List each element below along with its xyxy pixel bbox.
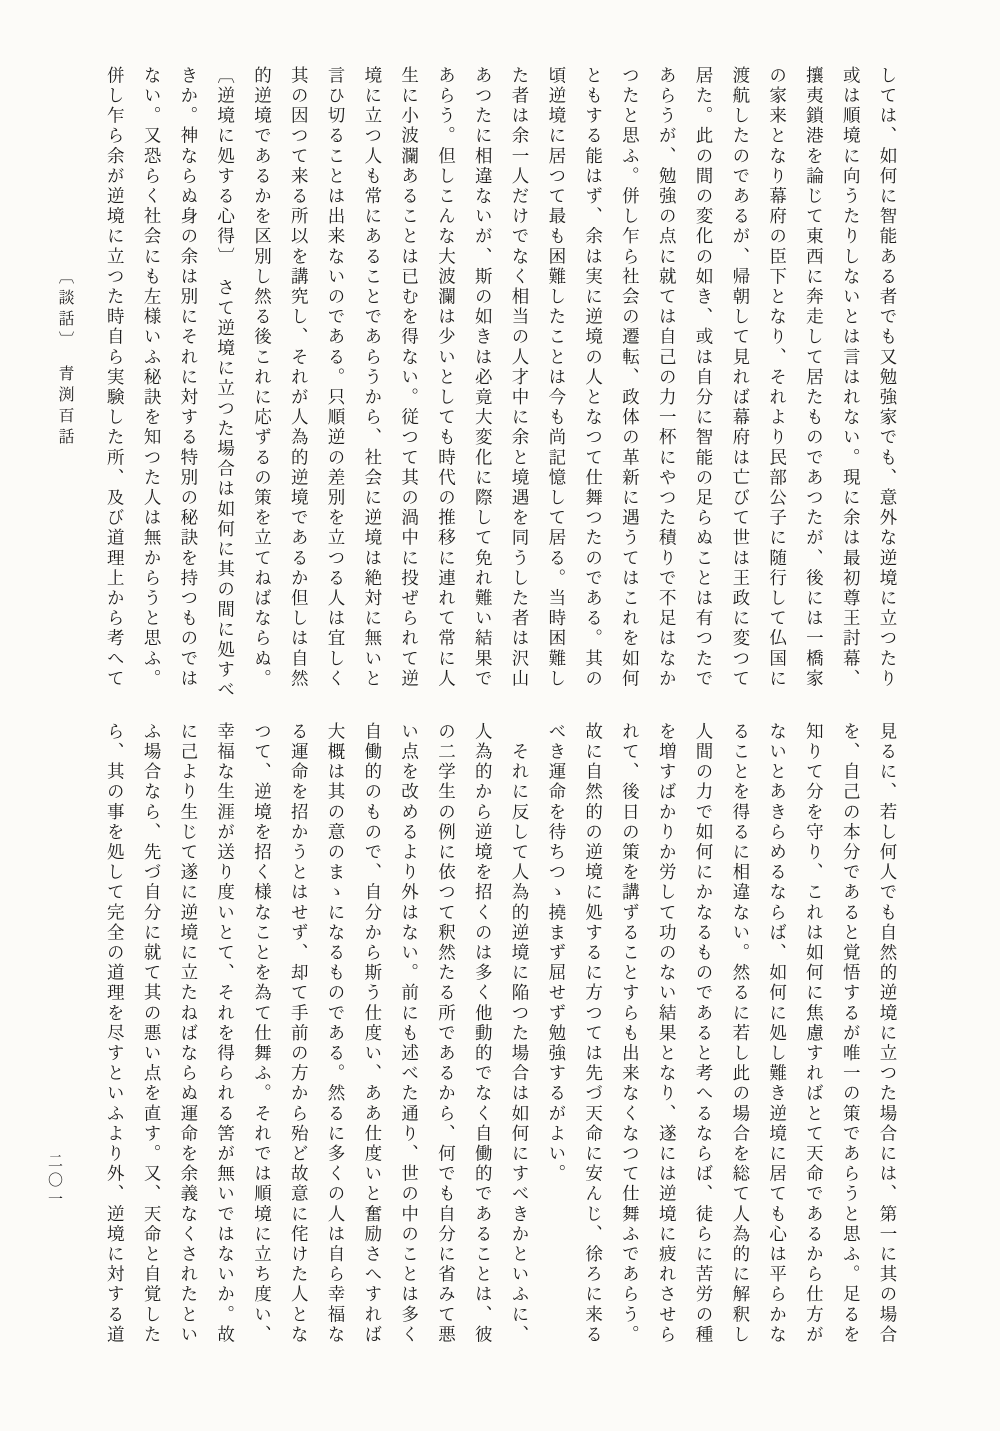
text-column: 併し乍ら余が逆境に立つた時自ら実験した所、及び道理上から考へて <box>95 66 132 698</box>
text-column: れて、後日の策を講ずることすらも出来なくなつて仕舞ふであらう。 <box>611 722 648 1354</box>
text-column: の二学生の例に依つて釈然たる所であるから、何でも自分に省みて悪 <box>427 722 464 1354</box>
text-column: 言ひ切ることは出来ないのである。只順逆の差別を立つる人は宜しく <box>316 66 353 698</box>
text-column: しては、如何に智能ある者でも又勉強家でも、意外な逆境に立つたり <box>868 66 905 698</box>
text-column: の家来となり幕府の臣下となり、それより民部公子に随行して仏国に <box>758 66 795 698</box>
text-column: 人間の力で如何にかなるものであると考へるならば、徒らに苦労の種 <box>684 722 721 1354</box>
text-column: い点を改めるより外はない。前にも述べた通り、世の中のことは多く <box>390 722 427 1354</box>
text-column: あつたに相違ないが、斯の如きは必竟大変化に際して免れ難い結果で <box>463 66 500 698</box>
text-column: を、自己の本分であると覚悟するが唯一の策であらうと思ふ。足るを <box>831 722 868 1354</box>
text-column: 攘夷鎖港を論じて東西に奔走して居たものであつたが、後には一橋家 <box>795 66 832 698</box>
text-column: に己より生じて遂に逆境に立たねばならぬ運命を余義なくされたとい <box>169 722 206 1354</box>
bottom-text-block: 見るに、若し何人でも自然的逆境に立つた場合には、第一に其の場合を、自己の本分であ… <box>95 722 905 1354</box>
book-page: しては、如何に智能ある者でも又勉強家でも、意外な逆境に立つたり或は順境に向うたり… <box>0 0 1000 1431</box>
text-column: ふ場合なら、先づ自分に就て其の悪い点を直す。又、天命と自覚した <box>132 722 169 1354</box>
text-column: る運命を招かうとはせず、却て手前の方から殆ど故意に侘けた人とな <box>279 722 316 1354</box>
text-column: 或は順境に向うたりしないとは言はれない。現に余は最初尊王討幕、 <box>831 66 868 698</box>
text-column: 其の因つて来る所以を講究し、それが人為的逆境であるか但しは自然 <box>279 66 316 698</box>
text-column: 渡航したのであるが、帰朝して見れば幕府は亡びて世は王政に変つて <box>721 66 758 698</box>
text-column: それに反して人為的逆境に陥つた場合は如何にすべきかといふに、 <box>500 722 537 1354</box>
text-column: ともする能はず、余は実に逆境の人となつて仕舞つたのである。其の <box>574 66 611 698</box>
text-column: 故に自然的の逆境に処するに方つては先づ天命に安んじ、徐ろに来る <box>574 722 611 1354</box>
text-column: つて、逆境を招く様なことを為て仕舞ふ。それでは順境に立ち度い、 <box>243 722 280 1354</box>
text-column: 幸福な生涯が送り度いとて、それを得られる筈が無いではないか。故 <box>206 722 243 1354</box>
text-column: を増すばかりか労して功のない結果となり、遂には逆境に疲れさせら <box>647 722 684 1354</box>
text-column: 的逆境であるかを区別し然る後これに応ずるの策を立てねばならぬ。 <box>243 66 280 698</box>
text-column: あらうが、勉強の点に就ては自己の力一杯にやつた積りで不足はなか <box>647 66 684 698</box>
text-column: 居た。此の間の変化の如き、或は自分に智能の足らぬことは有つたで <box>684 66 721 698</box>
top-text-block: しては、如何に智能ある者でも又勉強家でも、意外な逆境に立つたり或は順境に向うたり… <box>95 66 905 698</box>
text-column: 知りて分を守り、これは如何に焦慮すればとて天命であるから仕方が <box>795 722 832 1354</box>
text-column: 人為的から逆境を招くのは多く他動的でなく自働的であることは、彼 <box>463 722 500 1354</box>
text-column: ることを得るに相違ない。然るに若し此の場合を総て人為的に解釈し <box>721 722 758 1354</box>
text-column: 見るに、若し何人でも自然的逆境に立つた場合には、第一に其の場合 <box>868 722 905 1354</box>
text-column: 大概は其の意のまゝになるものである。然るに多くの人は自ら幸福な <box>316 722 353 1354</box>
text-column: あらう。但しこんな大波瀾は少いとしても時代の推移に連れて常に人 <box>427 66 464 698</box>
text-column: べき運命を待ちつゝ撓まず屈せず勉強するがよい。 <box>537 722 574 1354</box>
page-number: 二〇一 <box>42 1153 68 1210</box>
running-title: 〔談話〕 青渕百話 <box>50 268 80 449</box>
text-column: ら、其の事を処して完全の道理を尽すといふより外、逆境に対する道 <box>95 722 132 1354</box>
text-column: 頃逆境に居つて最も困難したことは今も尚記憶して居る。当時困難し <box>537 66 574 698</box>
text-column: きか。神ならぬ身の余は別にそれに対する特別の秘訣を持つものでは <box>169 66 206 698</box>
text-column: 〔逆境に処する心得〕 さて逆境に立つた場合は如何に其の間に処すべ <box>206 66 243 698</box>
text-column: 自働的のもので、自分から斯う仕度い、ああ仕度いと奮励さへすれば <box>353 722 390 1354</box>
text-column: 生に小波瀾あることは已むを得ない。従つて其の渦中に投ぜられて逆 <box>390 66 427 698</box>
text-column: ない。又恐らく社会にも左様いふ秘訣を知つた人は無からうと思ふ。 <box>132 66 169 698</box>
text-column: つたと思ふ。併し乍ら社会の遷転、政体の革新に遇うてはこれを如何 <box>611 66 648 698</box>
text-column: ないとあきらめるならば、如何に処し難き逆境に居ても心は平らかな <box>758 722 795 1354</box>
text-column: 境に立つ人も常にあることであらうから、社会に逆境は絶対に無いと <box>353 66 390 698</box>
text-column: た者は余一人だけでなく相当の人才中に余と境遇を同うした者は沢山 <box>500 66 537 698</box>
